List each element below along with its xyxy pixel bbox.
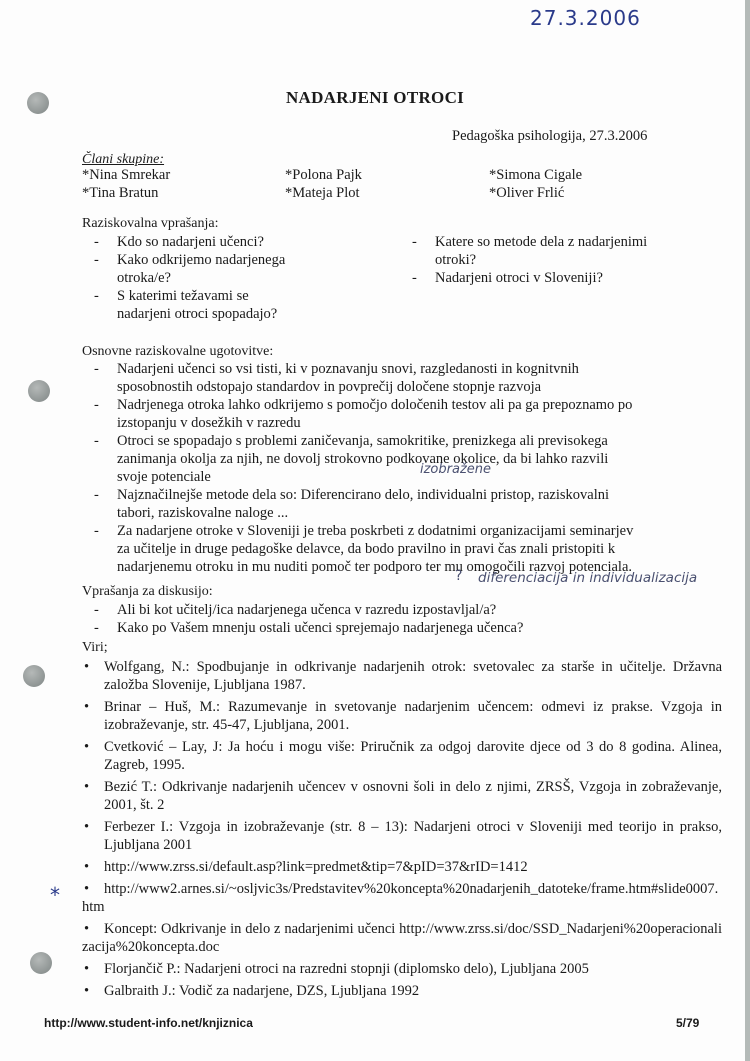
sources-heading: Viri; — [82, 640, 108, 656]
research-questions-left: Kdo so nadarjeni učenci? Kako odkrijemo … — [82, 233, 297, 323]
research-question: S katerimi težavami se nadarjeni otroci … — [82, 287, 297, 323]
source-item: Brinar – Huš, M.: Razumevanje in svetova… — [82, 698, 722, 734]
source-item-link[interactable]: Koncept: Odkrivanje in delo z nadarjenim… — [82, 920, 722, 956]
discussion-question: Kako po Vašem mnenju ostali učenci sprej… — [82, 619, 702, 637]
research-questions-right: Katere so metode dela z nadarjenimi otro… — [400, 233, 650, 287]
discussion-heading: Vprašanja za diskusijo: — [82, 584, 213, 600]
source-item: Cvetković – Lay, J: Ja hoću i mogu više:… — [82, 738, 722, 774]
scan-edge-strip — [745, 0, 750, 1061]
discussion-question: Ali bi kot učitelj/ica nadarjenega učenc… — [82, 601, 702, 619]
finding-item: Nadarjeni učenci so vsi tisti, ki v pozn… — [82, 360, 642, 396]
handwritten-question-mark: ? — [455, 568, 462, 584]
research-questions-heading: Raziskovalna vprašanja: — [82, 216, 218, 232]
source-item: Bezić T.: Odkrivanje nadarjenih učencev … — [82, 778, 722, 814]
findings-list: Nadarjeni učenci so vsi tisti, ki v pozn… — [82, 360, 642, 576]
research-question: Nadarjeni otroci v Sloveniji? — [400, 269, 650, 287]
member-name: *Tina Bratun — [82, 184, 170, 202]
handwritten-correction: izobražene — [420, 462, 491, 477]
members-column-3: *Simona Cigale *Oliver Frlić — [489, 166, 582, 202]
finding-item: Za nadarjene otroke v Sloveniji je treba… — [82, 522, 642, 576]
source-item: Galbraith J.: Vodič za nadarjene, DZS, L… — [82, 982, 722, 1000]
source-item: Wolfgang, N.: Spodbujanje in odkrivanje … — [82, 658, 722, 694]
handwritten-margin-note: diferenciacija in individualizacija — [478, 570, 697, 586]
member-name: *Simona Cigale — [489, 166, 582, 184]
punch-hole — [30, 952, 52, 974]
findings-heading: Osnovne raziskovalne ugotovitve: — [82, 344, 273, 360]
handwritten-date: 27.3.2006 — [530, 6, 641, 30]
source-item: Florjančič P.: Nadarjeni otroci na razre… — [82, 960, 722, 978]
member-name: *Mateja Plot — [285, 184, 362, 202]
finding-item: Nadrjenega otroka lahko odkrijemo s pomo… — [82, 396, 642, 432]
finding-item: Otroci se spopadajo s problemi zaničevan… — [82, 432, 642, 486]
members-column-1: *Nina Smrekar *Tina Bratun — [82, 166, 170, 202]
finding-item: Najznačilnejše metode dela so: Diferenci… — [82, 486, 642, 522]
footer-url[interactable]: http://www.student-info.net/knjiznica — [44, 1016, 253, 1030]
course-and-date: Pedagoška psihologija, 27.3.2006 — [452, 128, 647, 145]
members-column-2: *Polona Pajk *Mateja Plot — [285, 166, 362, 202]
punch-hole — [28, 380, 50, 402]
source-item-link[interactable]: http://www2.arnes.si/~osljvic3s/Predstav… — [82, 880, 722, 916]
discussion-list: Ali bi kot učitelj/ica nadarjenega učenc… — [82, 601, 702, 637]
source-item: Ferbezer I.: Vzgoja in izobraževanje (st… — [82, 818, 722, 854]
research-question: Katere so metode dela z nadarjenimi otro… — [400, 233, 650, 269]
handwritten-star-icon: * — [50, 883, 60, 907]
member-name: *Nina Smrekar — [82, 166, 170, 184]
member-name: *Polona Pajk — [285, 166, 362, 184]
source-item-link[interactable]: http://www.zrss.si/default.asp?link=pred… — [82, 858, 722, 876]
page-number: 5/79 — [676, 1016, 699, 1030]
research-question: Kako odkrijemo nadarjenega otroka/e? — [82, 251, 297, 287]
punch-hole — [23, 665, 45, 687]
member-name: *Oliver Frlić — [489, 184, 582, 202]
sources-list: Wolfgang, N.: Spodbujanje in odkrivanje … — [82, 658, 722, 1004]
document-title: NADARJENI OTROCI — [0, 88, 750, 108]
research-question: Kdo so nadarjeni učenci? — [82, 233, 297, 251]
